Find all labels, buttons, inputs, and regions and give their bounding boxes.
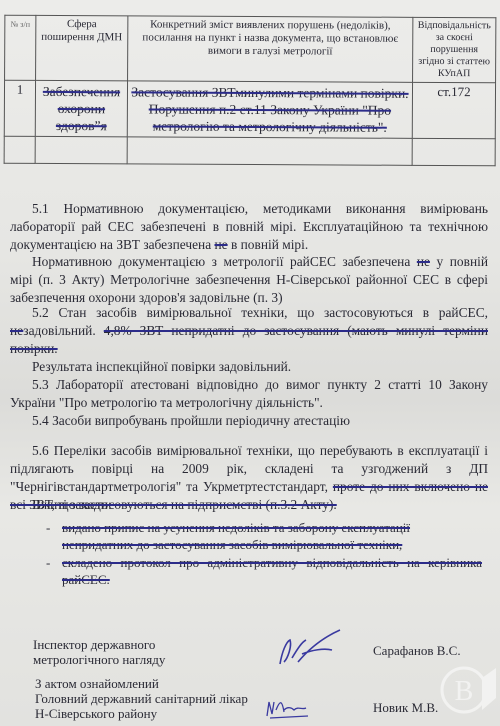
empty-cell xyxy=(412,138,495,165)
struck-text: складено протокол про адміністративну ві… xyxy=(62,555,482,587)
text: задовільний. xyxy=(23,323,103,338)
text: З актом ознайомлений xyxy=(35,676,248,691)
empty-cell xyxy=(127,137,412,165)
row-number: 1 xyxy=(4,80,35,136)
table-row: 1 Забезпечення охорони здоров”я Застосув… xyxy=(4,80,495,139)
scanned-document-page: № з/п Сфера поширення ДМН Конкретний змі… xyxy=(0,0,500,726)
struck-text: не xyxy=(10,323,23,338)
text: в повній мірі. xyxy=(228,237,309,252)
text: Нормативною документацією з метрології р… xyxy=(32,254,417,269)
struck-text: не xyxy=(417,254,430,269)
paragraph-result: Результата інспекційної повірки задовіль… xyxy=(10,358,488,376)
svg-text:В: В xyxy=(455,676,474,707)
row-responsibility: ст.172 xyxy=(412,82,495,138)
header-number: № з/п xyxy=(5,15,36,80)
empty-cell xyxy=(4,136,35,163)
text: Н-Сіверського району xyxy=(35,706,248,721)
text: метрологічного нагляду xyxy=(33,652,165,667)
header-content: Конкретний зміст виявлених порушень (нед… xyxy=(128,16,413,82)
acknowledgment-block: З актом ознайомлений Головний державний … xyxy=(35,676,248,721)
inspector-role: Інспектор державного метрологічного нагл… xyxy=(33,637,165,667)
text: Інспектор державного xyxy=(33,637,165,652)
measure-item: - складено протокол про адміністративну … xyxy=(62,554,482,588)
doctor-name: Новик М.В. xyxy=(373,700,438,715)
row-sphere: Забезпечення охорони здоров”я xyxy=(35,80,127,136)
paragraph-5-2: 5.2 Стан засобів вимірювальної техніки, … xyxy=(10,304,488,358)
row-content: Застосування ЗВТминулими термінами повір… xyxy=(127,81,412,138)
table-row-empty xyxy=(4,136,495,166)
paragraph-5-4: 5.4 Засоби випробувань пройшли періодичн… xyxy=(10,412,488,430)
bullet-dash: - xyxy=(46,554,50,571)
inspector-signature-icon xyxy=(272,628,347,668)
header-sphere: Сфера поширення ДМН xyxy=(36,15,128,80)
measure-item: - видано припис на усунення недоліків та… xyxy=(62,519,482,553)
measures-title: Вжиті заходи: xyxy=(10,496,488,514)
table-header-row: № з/п Сфера поширення ДМН Конкретний змі… xyxy=(5,15,496,83)
struck-text: видано припис на усунення недоліків та з… xyxy=(62,520,410,552)
bullet-dash: - xyxy=(46,519,50,536)
inspector-name: Сарафанов В.С. xyxy=(373,643,461,658)
struck-text: не xyxy=(215,237,228,252)
paragraph-5-1-metrology: Нормативною документацією з метрології р… xyxy=(10,253,488,307)
header-responsibility: Відповідальність за скоєні порушення згі… xyxy=(413,17,496,82)
newspaper-logo-watermark-icon: В xyxy=(438,658,498,718)
empty-cell xyxy=(35,136,127,163)
doctor-signature-icon xyxy=(264,696,314,720)
paragraph-5-3: 5.3 Лабораторії атестовані відповідно до… xyxy=(10,376,488,412)
violations-table: № з/п Сфера поширення ДМН Конкретний змі… xyxy=(4,15,497,167)
paragraph-5-1: 5.1 Нормативною документацією, методикам… xyxy=(10,200,488,254)
text: 5.2 Стан засобів вимірювальної техніки, … xyxy=(32,305,488,320)
text: Головний державний санітарний лікар xyxy=(35,691,248,706)
